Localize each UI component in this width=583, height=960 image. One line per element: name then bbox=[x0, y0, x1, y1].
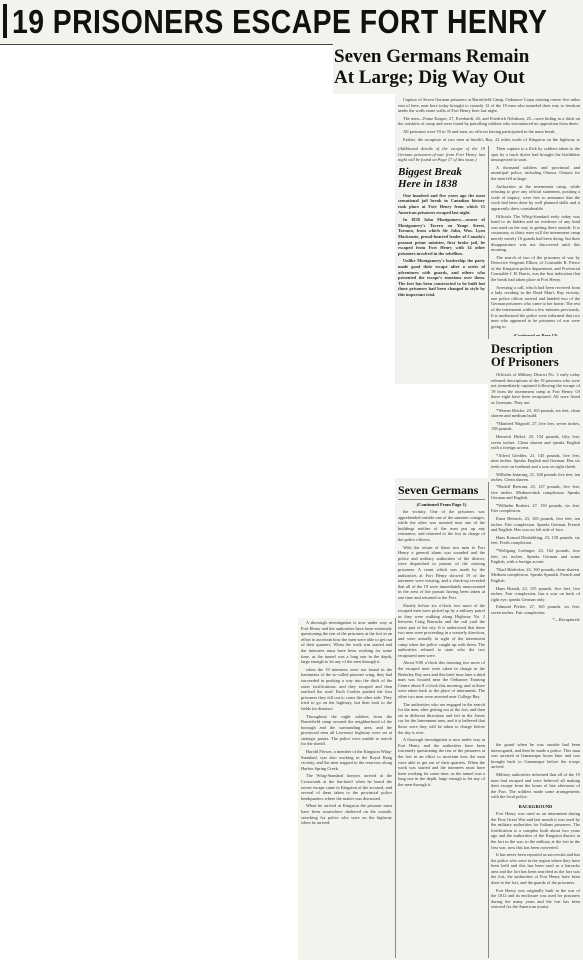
photo-caption: (Additional details of the escape of the… bbox=[398, 146, 485, 163]
background-paragraph: Fort Henry was originally built in the w… bbox=[491, 888, 580, 910]
prisoner-entry: *Wilhelm Borkert, 27, 150 pounds, six fe… bbox=[491, 503, 580, 514]
biggest-break-paragraph: In 1838 John Montgomery—owner of Montgom… bbox=[398, 217, 485, 256]
prisoner-entry: *Rudolf Bertram, 25, 147 pounds, five fe… bbox=[491, 484, 580, 501]
article-paragraph: With the return of these two men to Fort… bbox=[398, 545, 485, 601]
article-paragraph: when the 19 internees were not found in … bbox=[301, 667, 392, 712]
biggest-break-paragraph: Unlike Montgomery's leadership the party… bbox=[398, 258, 485, 297]
lead-paragraph: Earlier, the recapture of two men at Smi… bbox=[398, 137, 580, 143]
article-paragraph: About 8:00 o'clock this morning two more… bbox=[398, 660, 485, 699]
description-title: Description Of Prisoners bbox=[491, 343, 580, 369]
biggest-break-title-line-2: Here in 1838 bbox=[398, 178, 485, 190]
description-paragraph: Officials of Military District No. 3 ear… bbox=[491, 372, 580, 406]
prisoner-entry: *Alfred Giedtler, 21, 145 pounds, five f… bbox=[491, 453, 580, 470]
description-text: Officials of Military District No. 3 ear… bbox=[491, 372, 580, 481]
headline-rule bbox=[3, 4, 7, 38]
continued-from-page: (Continued From Page 1) bbox=[398, 502, 485, 507]
subhead-line-2: At Large; Dig Way Out bbox=[334, 67, 583, 88]
description-continued: *Rudolf Bertram, 25, 147 pounds, five fe… bbox=[491, 484, 580, 739]
lead-paragraph: Capture of Seven German prisoners at Bar… bbox=[398, 97, 580, 114]
prisoner-entry: Heinrich Birkel, 25, 154 pounds, fifty f… bbox=[491, 434, 580, 451]
article-paragraph: A thorough investigation is now under wa… bbox=[398, 737, 485, 787]
biggest-break-title: Biggest Break Here in 1838 bbox=[398, 166, 485, 190]
prisoner-entry: Wilhelm Jennring, 31, 168 pounds five fe… bbox=[491, 472, 580, 482]
headline: 19 PRISONERS ESCAPE FORT HENRY bbox=[12, 2, 502, 42]
article-paragraph: The Whig-Standard lawyers arrived at the… bbox=[301, 773, 392, 801]
prisoner-entry: *Wolfgang Lerlinger, 23, 162 pounds, fou… bbox=[491, 548, 580, 565]
seven-germans-col-3-text: the guard when he was outside had been i… bbox=[491, 742, 580, 802]
prisoner-entry: *Karl Bödecker, 22, 160 pounds, clean sh… bbox=[491, 567, 580, 584]
seven-germans-col-1-text: the vicinity. One of the prisoners was a… bbox=[398, 509, 485, 790]
right-column-body: Their capture is a flick by soldiers tak… bbox=[491, 146, 580, 331]
lead-paragraph: The men—Franz Kasper, 27, Everhardt, 26,… bbox=[398, 116, 580, 127]
subhead: Seven Germans Remain At Large; Dig Way O… bbox=[334, 46, 583, 88]
biggest-break-title-line-1: Biggest Break bbox=[398, 166, 485, 178]
headline-banner: 19 PRISONERS ESCAPE FORT HENRY bbox=[0, 0, 583, 45]
background-subhead: BACKGROUND bbox=[491, 804, 580, 809]
right-column-text: Their capture is a flick by soldiers tak… bbox=[491, 146, 580, 336]
description-text-continued: *Rudolf Bertram, 25, 147 pounds, five fe… bbox=[491, 484, 580, 625]
biggest-break-text: One hundred and five years ago the most … bbox=[398, 193, 485, 300]
lead-paragraph: All prisoners were 19 to 35 and men, no … bbox=[398, 129, 580, 135]
article-paragraph: Shortly before six o'clock two more of t… bbox=[398, 603, 485, 659]
lead-text: Capture of Seven German prisoners at Bar… bbox=[398, 97, 580, 143]
biggest-break-box: (Additional details of the escape of the… bbox=[398, 146, 485, 382]
prisoner-entry: Hans Konrad Dönhöbling, 23, 158 pounds, … bbox=[491, 535, 580, 546]
background-paragraph: It has never been reported as successful… bbox=[491, 852, 580, 886]
description-title-line-2: Of Prisoners bbox=[491, 356, 580, 369]
article-paragraph: When he arrived at Kingston the prisoner… bbox=[301, 803, 392, 825]
article-paragraph: The authorities who are engaged in the s… bbox=[398, 702, 485, 736]
background-text: Fort Henry was used as an internment dur… bbox=[491, 811, 580, 912]
right-col-paragraph: Officials The Whig-Standard early today … bbox=[491, 214, 580, 253]
recaptured-note: *—Recaptured. bbox=[491, 617, 580, 623]
background-paragraph: Fort Henry was used as an internment dur… bbox=[491, 811, 580, 850]
subhead-line-1: Seven Germans Remain bbox=[334, 46, 583, 67]
right-col-paragraph: Authorities at the internment camp, whil… bbox=[491, 184, 580, 212]
seven-germans-title: Seven Germans bbox=[398, 484, 485, 496]
right-col-paragraph: Their capture is a flick by soldiers tak… bbox=[491, 146, 580, 163]
article-paragraph: the guard when he was outside had been i… bbox=[491, 742, 580, 770]
seven-germans-col-0-text: A thorough investigation is now under wa… bbox=[301, 620, 392, 828]
seven-germans-col-0: A thorough investigation is now under wa… bbox=[301, 620, 392, 958]
title-rule bbox=[398, 499, 485, 500]
article-paragraph: the vicinity. One of the prisoners was a… bbox=[398, 509, 485, 543]
description-of-prisoners: Description Of Prisoners Officials of Mi… bbox=[491, 341, 580, 481]
biggest-break-paragraph: One hundred and five years ago the most … bbox=[398, 193, 485, 215]
column-rule bbox=[488, 482, 489, 958]
prisoner-entry: *Werner Reiche, 25, 165 pounds, six feet… bbox=[491, 408, 580, 419]
article-paragraph: Harold Flower, a member of the Kingston … bbox=[301, 749, 392, 771]
article-paragraph: Throughout the night soldiers from the B… bbox=[301, 714, 392, 748]
article-paragraph: Military authorities informed that all o… bbox=[491, 772, 580, 800]
column-rule bbox=[395, 618, 396, 958]
seven-germans-col-3: the guard when he was outside had been i… bbox=[491, 742, 580, 958]
prisoner-entry: Ernst Heinsch, 23, 165 pounds, five feet… bbox=[491, 516, 580, 533]
prisoner-entry: Hans Brandt, 23, 155 pounds, five feet, … bbox=[491, 586, 580, 603]
right-col-paragraph: The search of two of the prisoners of wa… bbox=[491, 255, 580, 283]
prisoner-entry: Edmund Pfeifer, 27, 165 pounds, six feet… bbox=[491, 604, 580, 615]
prisoner-entry: *Manfred Wagnoff, 27, five feet, seven i… bbox=[491, 421, 580, 432]
article-paragraph: A thorough investigation is now under wa… bbox=[301, 620, 392, 665]
continued-on-page: (Continued on Page 13) bbox=[491, 333, 580, 336]
right-col-paragraph: A thousand soldiers and provincial and m… bbox=[491, 165, 580, 182]
seven-germans-col-1: Seven Germans (Continued From Page 1) th… bbox=[398, 482, 485, 958]
right-col-paragraph: Arresting a call, which had been receive… bbox=[491, 285, 580, 330]
